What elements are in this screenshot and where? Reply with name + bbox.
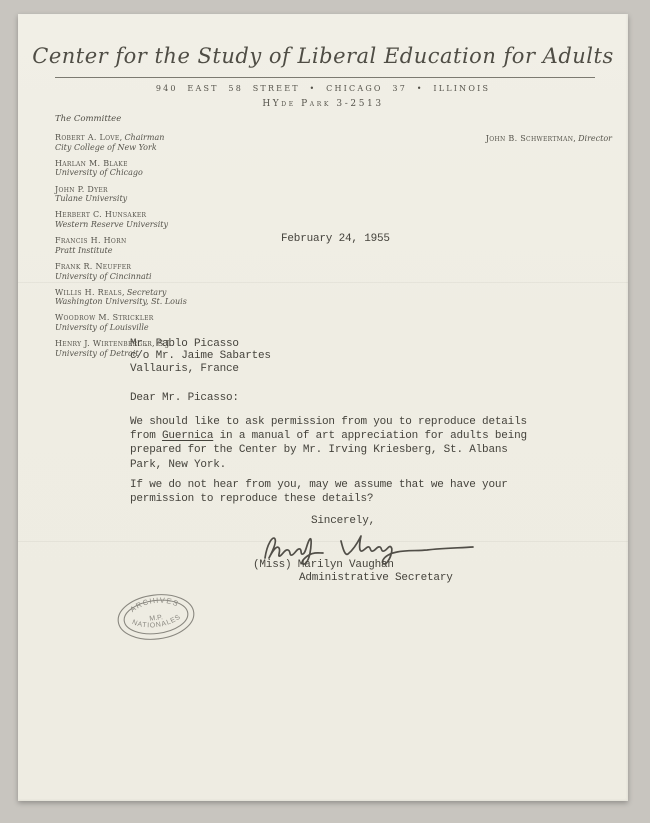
member-role: Secretary	[127, 288, 167, 297]
director-role: Director	[578, 134, 612, 143]
member-role: Chairman	[124, 133, 164, 142]
member-affiliation: City College of New York	[55, 143, 245, 153]
committee-list: The Committee Robert A. Love,Chairman Ci…	[55, 114, 245, 362]
member-affiliation: University of Cincinnati	[55, 272, 245, 282]
body-paragraph-2: If we do not hear from you, may we assum…	[130, 478, 570, 506]
member-affiliation: Western Reserve University	[55, 220, 245, 230]
member-name: Robert A. Love,	[55, 133, 122, 142]
committee-member: Herbert C. Hunsaker Western Reserve Univ…	[55, 207, 245, 229]
letterhead-rule	[55, 77, 595, 78]
member-affiliation: Pratt Institute	[55, 246, 245, 256]
underlined-title: Guernica	[162, 430, 213, 442]
committee-member: Frank R. Neuffer University of Cincinnat…	[55, 259, 245, 281]
archive-stamp: ARCHIVES M.P. NATIONALES	[111, 586, 201, 648]
member-affiliation: Tulane University	[55, 194, 245, 204]
recipient-address: Mr. Pablo Picasso c/o Mr. Jaime Sabartes…	[130, 338, 271, 375]
committee-member: Willis H. Reals,Secretary Washington Uni…	[55, 285, 245, 307]
member-name: Herbert C. Hunsaker	[55, 210, 146, 219]
committee-member: Francis H. Horn Pratt Institute	[55, 233, 245, 255]
letterhead-address: 940 EAST 58 STREET • CHICAGO 37 • ILLINO…	[18, 84, 628, 93]
committee-member: Woodrow M. Strickler University of Louis…	[55, 310, 245, 332]
salutation: Dear Mr. Picasso:	[130, 392, 239, 404]
committee-heading: The Committee	[55, 114, 245, 124]
director-line: John B. Schwertman,Director	[486, 126, 612, 145]
member-affiliation: Washington University, St. Louis	[55, 297, 245, 307]
letter-date: February 24, 1955	[281, 233, 390, 245]
member-affiliation: University of Chicago	[55, 168, 245, 178]
letterhead-title: Center for the Study of Liberal Educatio…	[18, 44, 628, 68]
committee-member: Harlan M. Blake University of Chicago	[55, 156, 245, 178]
body-paragraph-1: We should like to ask permission from yo…	[130, 415, 570, 472]
member-name: Francis H. Horn	[55, 236, 127, 245]
member-affiliation: University of Louisville	[55, 323, 245, 333]
signer-title: Administrative Secretary	[299, 572, 453, 584]
member-name: John P. Dyer	[55, 185, 108, 194]
member-name: Harlan M. Blake	[55, 159, 128, 168]
committee-member: John P. Dyer Tulane University	[55, 182, 245, 204]
letter-page: Center for the Study of Liberal Educatio…	[18, 14, 628, 801]
member-name: Frank R. Neuffer	[55, 262, 131, 271]
member-name: Willis H. Reals,	[55, 288, 125, 297]
director-name: John B. Schwertman,	[486, 134, 576, 143]
committee-member: Robert A. Love,Chairman City College of …	[55, 130, 245, 152]
signer-name: (Miss) Marilyn Vaughan	[253, 559, 394, 571]
member-name: Woodrow M. Strickler	[55, 313, 154, 322]
letterhead-phone: HYde Park 3-2513	[18, 99, 628, 109]
